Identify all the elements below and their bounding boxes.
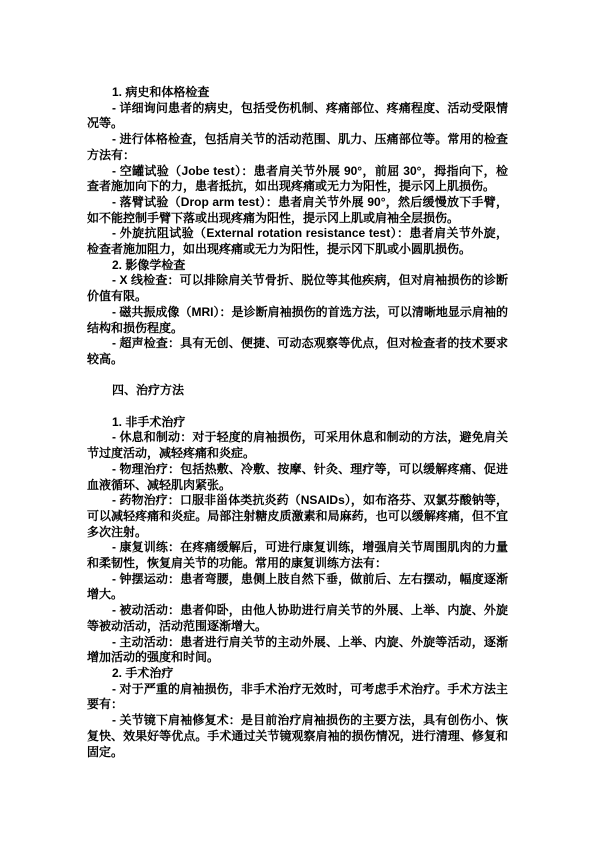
paragraph: - 药物治疗：口服非甾体类抗炎药（NSAIDs），如布洛芬、双氯芬酸钠等，可以减…	[87, 493, 508, 540]
paragraph: 1. 非手术治疗	[87, 415, 508, 431]
paragraph: - 对于严重的肩袖损伤，非手术治疗无效时，可考虑手术治疗。手术方法主要有：	[87, 682, 508, 713]
paragraph: - 外旋抗阻试验（External rotation resistance te…	[87, 226, 508, 257]
paragraph: - 钟摆运动：患者弯腰，患侧上肢自然下垂，做前后、左右摆动，幅度逐渐增大。	[87, 572, 508, 603]
blank-line	[87, 399, 508, 415]
paragraph: - 落臂试验（Drop arm test）：患者肩关节外展 90°，然后缓慢放下…	[87, 195, 508, 226]
blank-line	[87, 368, 508, 384]
paragraph: - 物理治疗：包括热敷、冷敷、按摩、针灸、理疗等，可以缓解疼痛、促进血液循环、减…	[87, 462, 508, 493]
paragraph: - 康复训练：在疼痛缓解后，可进行康复训练，增强肩关节周围肌肉的力量和柔韧性，恢…	[87, 540, 508, 571]
paragraph: - 详细询问患者的病史，包括受伤机制、疼痛部位、疼痛程度、活动受限情况等。	[87, 101, 508, 132]
paragraph: - 关节镜下肩袖修复术：是目前治疗肩袖损伤的主要方法，具有创伤小、恢复快、效果好…	[87, 713, 508, 760]
paragraph: - X 线检查：可以排除肩关节骨折、脱位等其他疾病，但对肩袖损伤的诊断价值有限。	[87, 273, 508, 304]
paragraph: - 休息和制动：对于轻度的肩袖损伤，可采用休息和制动的方法，避免肩关节过度活动，…	[87, 430, 508, 461]
paragraph: - 主动活动：患者进行肩关节的主动外展、上举、内旋、外旋等活动，逐渐增加活动的强…	[87, 635, 508, 666]
document-page: 1. 病史和体格检查- 详细询问患者的病史，包括受伤机制、疼痛部位、疼痛程度、活…	[0, 0, 595, 841]
paragraph: - 被动活动：患者仰卧，由他人协助进行肩关节的外展、上举、内旋、外旋等被动活动，…	[87, 603, 508, 634]
paragraph: 四、治疗方法	[87, 383, 508, 399]
paragraph: - 超声检查：具有无创、便捷、可动态观察等优点，但对检查者的技术要求较高。	[87, 336, 508, 367]
paragraph: 2. 手术治疗	[87, 666, 508, 682]
paragraph: 1. 病史和体格检查	[87, 85, 508, 101]
paragraph: 2. 影像学检查	[87, 258, 508, 274]
document-body: 1. 病史和体格检查- 详细询问患者的病史，包括受伤机制、疼痛部位、疼痛程度、活…	[87, 85, 508, 760]
paragraph: - 空罐试验（Jobe test）：患者肩关节外展 90°，前屈 30°，拇指向…	[87, 164, 508, 195]
paragraph: - 磁共振成像（MRI）：是诊断肩袖损伤的首选方法，可以清晰地显示肩袖的结构和损…	[87, 305, 508, 336]
paragraph: - 进行体格检查，包括肩关节的活动范围、肌力、压痛部位等。常用的检查方法有：	[87, 132, 508, 163]
